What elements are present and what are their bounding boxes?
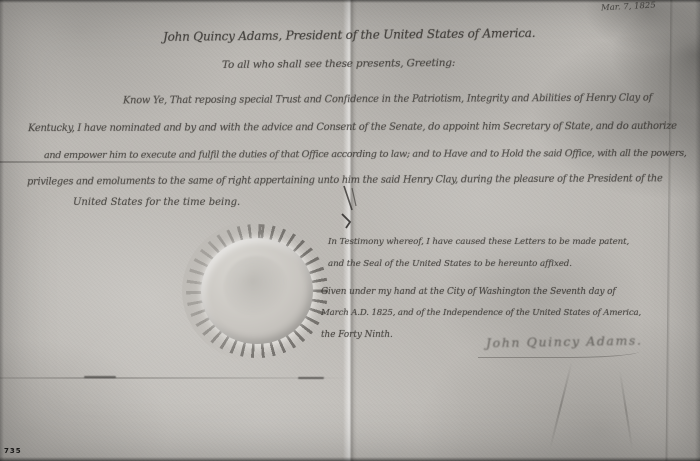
document-photo: John Quincy Adams, President of the Unit… <box>0 0 700 461</box>
photo-vignette <box>0 0 700 461</box>
